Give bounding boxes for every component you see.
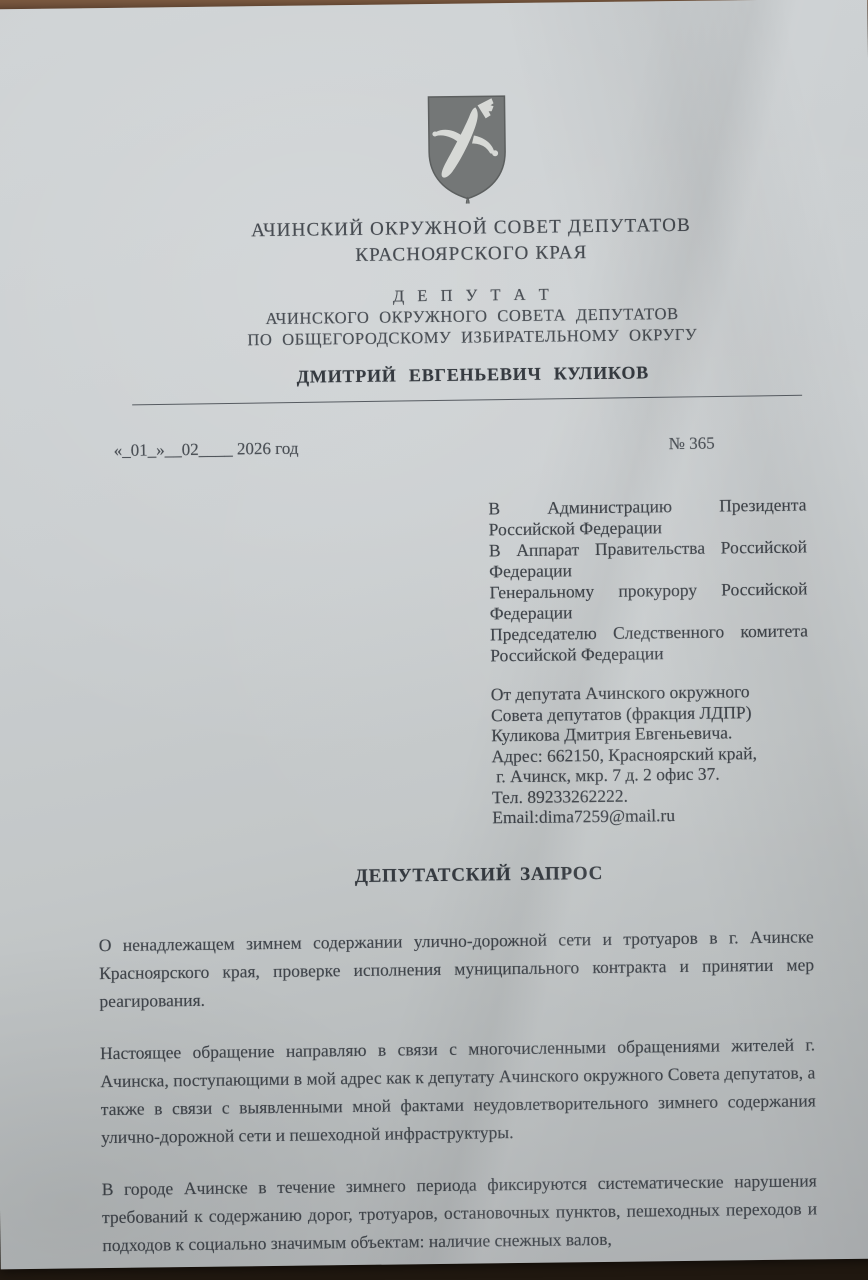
document-body: О ненадлежащем зимнем содержании улично-… [4,921,868,1260]
horizontal-rule [132,395,802,406]
deputy-name: ДМИТРИЙ ЕВГЕНЬЕВИЧ КУЛИКОВ [39,359,868,391]
document-page: АЧИНСКИЙ ОКРУЖНОЙ СОВЕТ ДЕПУТАТОВ КРАСНО… [0,0,868,1269]
date-field: «_01_»__02____ 2026 год [114,439,299,461]
photo-frame: АЧИНСКИЙ ОКРУЖНОЙ СОВЕТ ДЕПУТАТОВ КРАСНО… [0,0,868,1280]
document-title: ДЕПУТАТСКИЙ ЗАПРОС [45,859,868,892]
recipient-1: В Администрацию Президента Российской Фе… [488,494,806,540]
organization-name: АЧИНСКИЙ ОКРУЖНОЙ СОВЕТ ДЕПУТАТОВ КРАСНО… [37,210,868,273]
coat-of-arms-icon [421,91,512,204]
recipient-3: Генеральному прокурору Российской Федера… [489,578,807,624]
number-field: № 365 [669,434,715,455]
reference-row: «_01_»__02____ 2026 год № 365 [0,432,866,463]
sender-block: От депутата Ачинского окружного Совета д… [491,680,868,828]
paragraph-3: В городе Ачинске в течение зимнего перио… [102,1166,818,1259]
deputy-heading: Д Е П У Т А Т АЧИНСКОГО ОКРУЖНОГО СОВЕТА… [38,279,868,353]
recipients-block: В Администрацию Президента Российской Фе… [488,494,808,666]
paragraph-2: Настоящее обращение направляю в связи с … [100,1030,816,1151]
recipient-2: В Аппарат Правительства Российской Федер… [489,536,807,582]
sender-line-7: Email:dima7259@mail.ru [492,803,868,828]
recipient-4: Председателю Следственного комитета Росс… [490,620,808,666]
page-content: АЧИНСКИЙ ОКРУЖНОЙ СОВЕТ ДЕПУТАТОВ КРАСНО… [0,0,868,1269]
paragraph-1: О ненадлежащем зимнем содержании улично-… [99,922,815,1015]
coat-of-arms [421,91,512,204]
